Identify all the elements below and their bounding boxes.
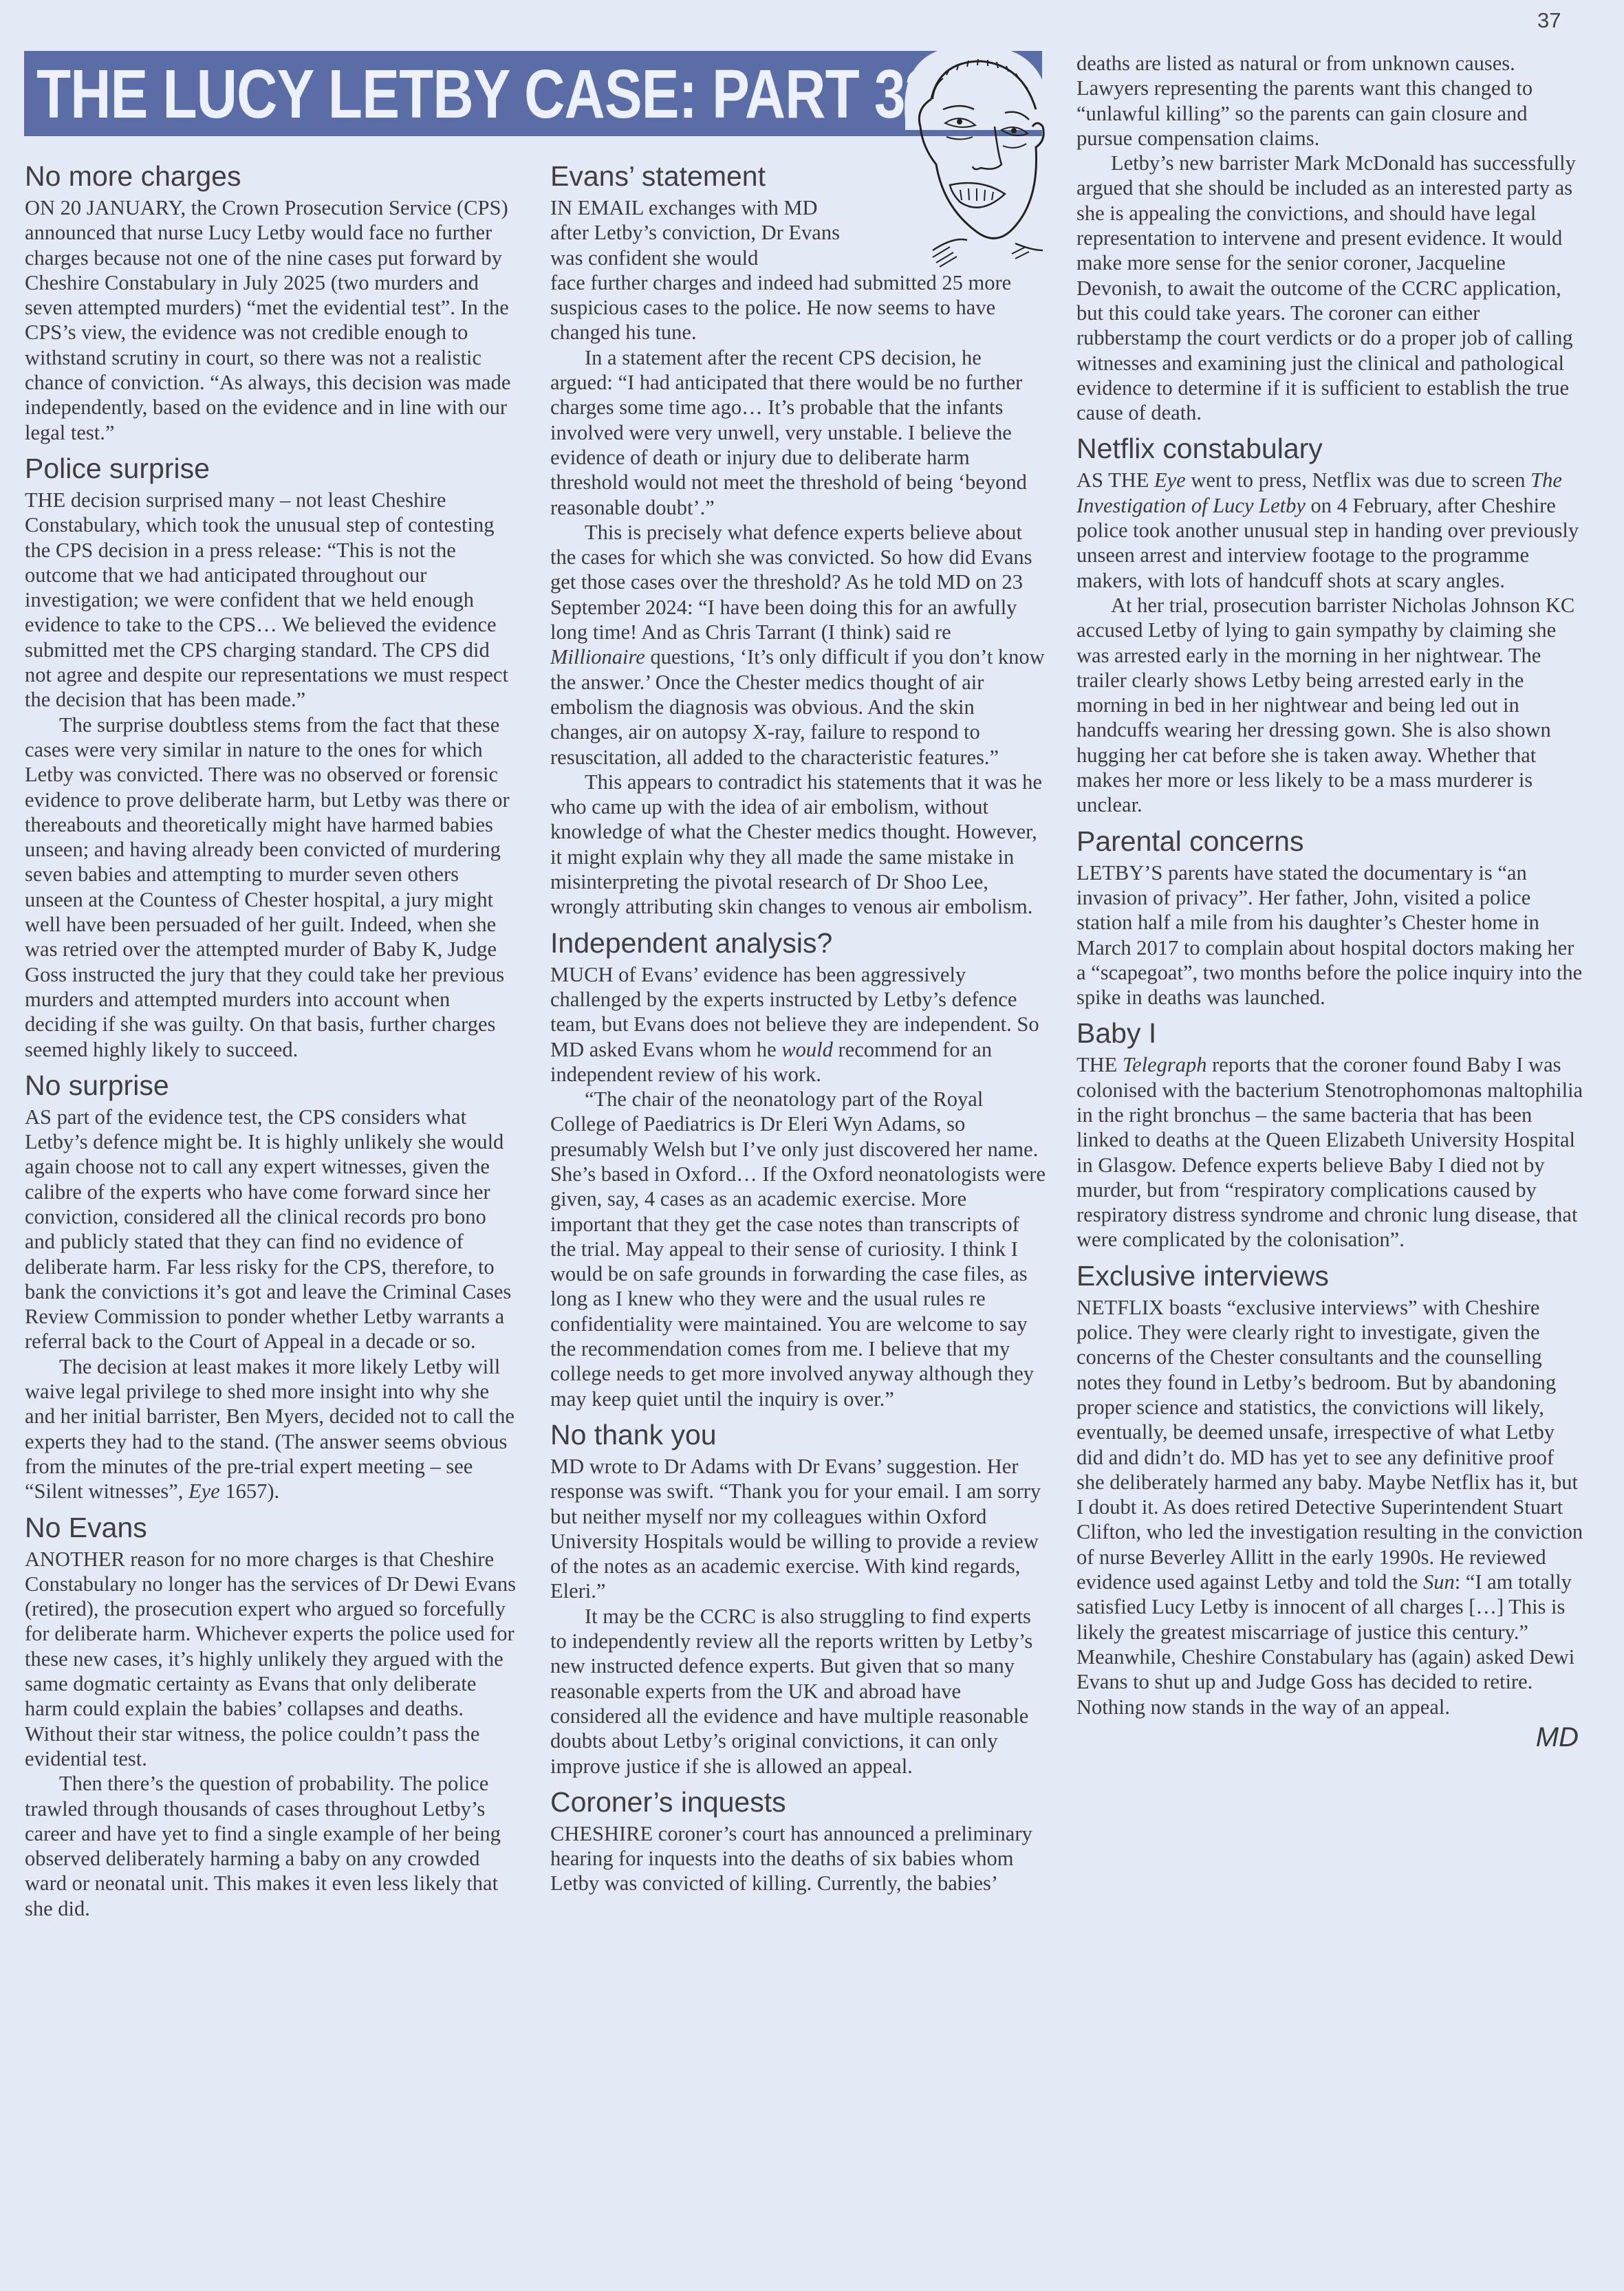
section-heading: No surprise (25, 1069, 520, 1102)
paragraph: IN EMAIL exchanges with MD after Letby’s… (550, 195, 853, 270)
section-heading: No more charges (25, 160, 520, 193)
paragraph: “The chair of the neonatology part of th… (550, 1087, 1047, 1411)
paragraph: Then there’s the question of probability… (25, 1771, 520, 1921)
paragraph: This is precisely what defence experts b… (550, 520, 1047, 770)
section-heading: Parental concerns (1076, 825, 1585, 858)
paragraph: The decision at least makes it more like… (25, 1354, 520, 1504)
section-heading: Netflix constabulary (1076, 432, 1585, 465)
paragraph: MD wrote to Dr Adams with Dr Evans’ sugg… (550, 1454, 1047, 1604)
page-title: THE LUCY LETBY CASE: PART 33 (36, 54, 935, 135)
page-number: 37 (1537, 8, 1561, 33)
paragraph: In a statement after the recent CPS deci… (550, 345, 1047, 520)
section-heading: Independent analysis? (550, 926, 1047, 959)
paragraph: NETFLIX boasts “exclusive interviews” wi… (1076, 1295, 1585, 1719)
paragraph: The surprise doubtless stems from the fa… (25, 713, 520, 1062)
paragraph: ON 20 JANUARY, the Crown Prosecution Ser… (25, 195, 520, 445)
paragraph: LETBY’S parents have stated the document… (1076, 860, 1585, 1010)
paragraph: deaths are listed as natural or from unk… (1076, 51, 1585, 151)
paragraph: THE Telegraph reports that the coroner f… (1076, 1052, 1585, 1252)
paragraph: This appears to contradict his statement… (550, 770, 1047, 920)
article-column-1: No more charges ON 20 JANUARY, the Crown… (25, 160, 520, 1921)
paragraph: Letby’s new barrister Mark McDonald has … (1076, 151, 1585, 425)
article-column-3: deaths are listed as natural or from unk… (1076, 44, 1585, 1753)
article-column-2: Evans’ statement IN EMAIL exchanges with… (550, 160, 1047, 1896)
section-heading: Evans’ statement (550, 160, 1047, 193)
section-heading: Police surprise (25, 452, 520, 485)
section-heading: No Evans (25, 1511, 520, 1544)
section-heading: Coroner’s inquests (550, 1785, 1047, 1818)
section-heading: Exclusive interviews (1076, 1259, 1585, 1292)
paragraph: It may be the CCRC is also struggling to… (550, 1604, 1047, 1779)
paragraph: THE decision surprised many – not least … (25, 488, 520, 713)
paragraph: ANOTHER reason for no more charges is th… (25, 1547, 520, 1772)
section-heading: Baby I (1076, 1017, 1585, 1050)
paragraph: AS part of the evidence test, the CPS co… (25, 1105, 520, 1354)
paragraph: MUCH of Evans’ evidence has been aggress… (550, 962, 1047, 1087)
paragraph: face further charges and indeed had subm… (550, 270, 1047, 345)
section-heading: No thank you (550, 1418, 1047, 1451)
paragraph: CHESHIRE coroner’s court has announced a… (550, 1821, 1047, 1896)
paragraph: AS THE Eye went to press, Netflix was du… (1076, 468, 1585, 592)
title-banner: THE LUCY LETBY CASE: PART 33 (24, 51, 1042, 136)
author-signature: MD (1076, 1722, 1585, 1753)
paragraph: At her trial, prosecution barrister Nich… (1076, 593, 1585, 818)
